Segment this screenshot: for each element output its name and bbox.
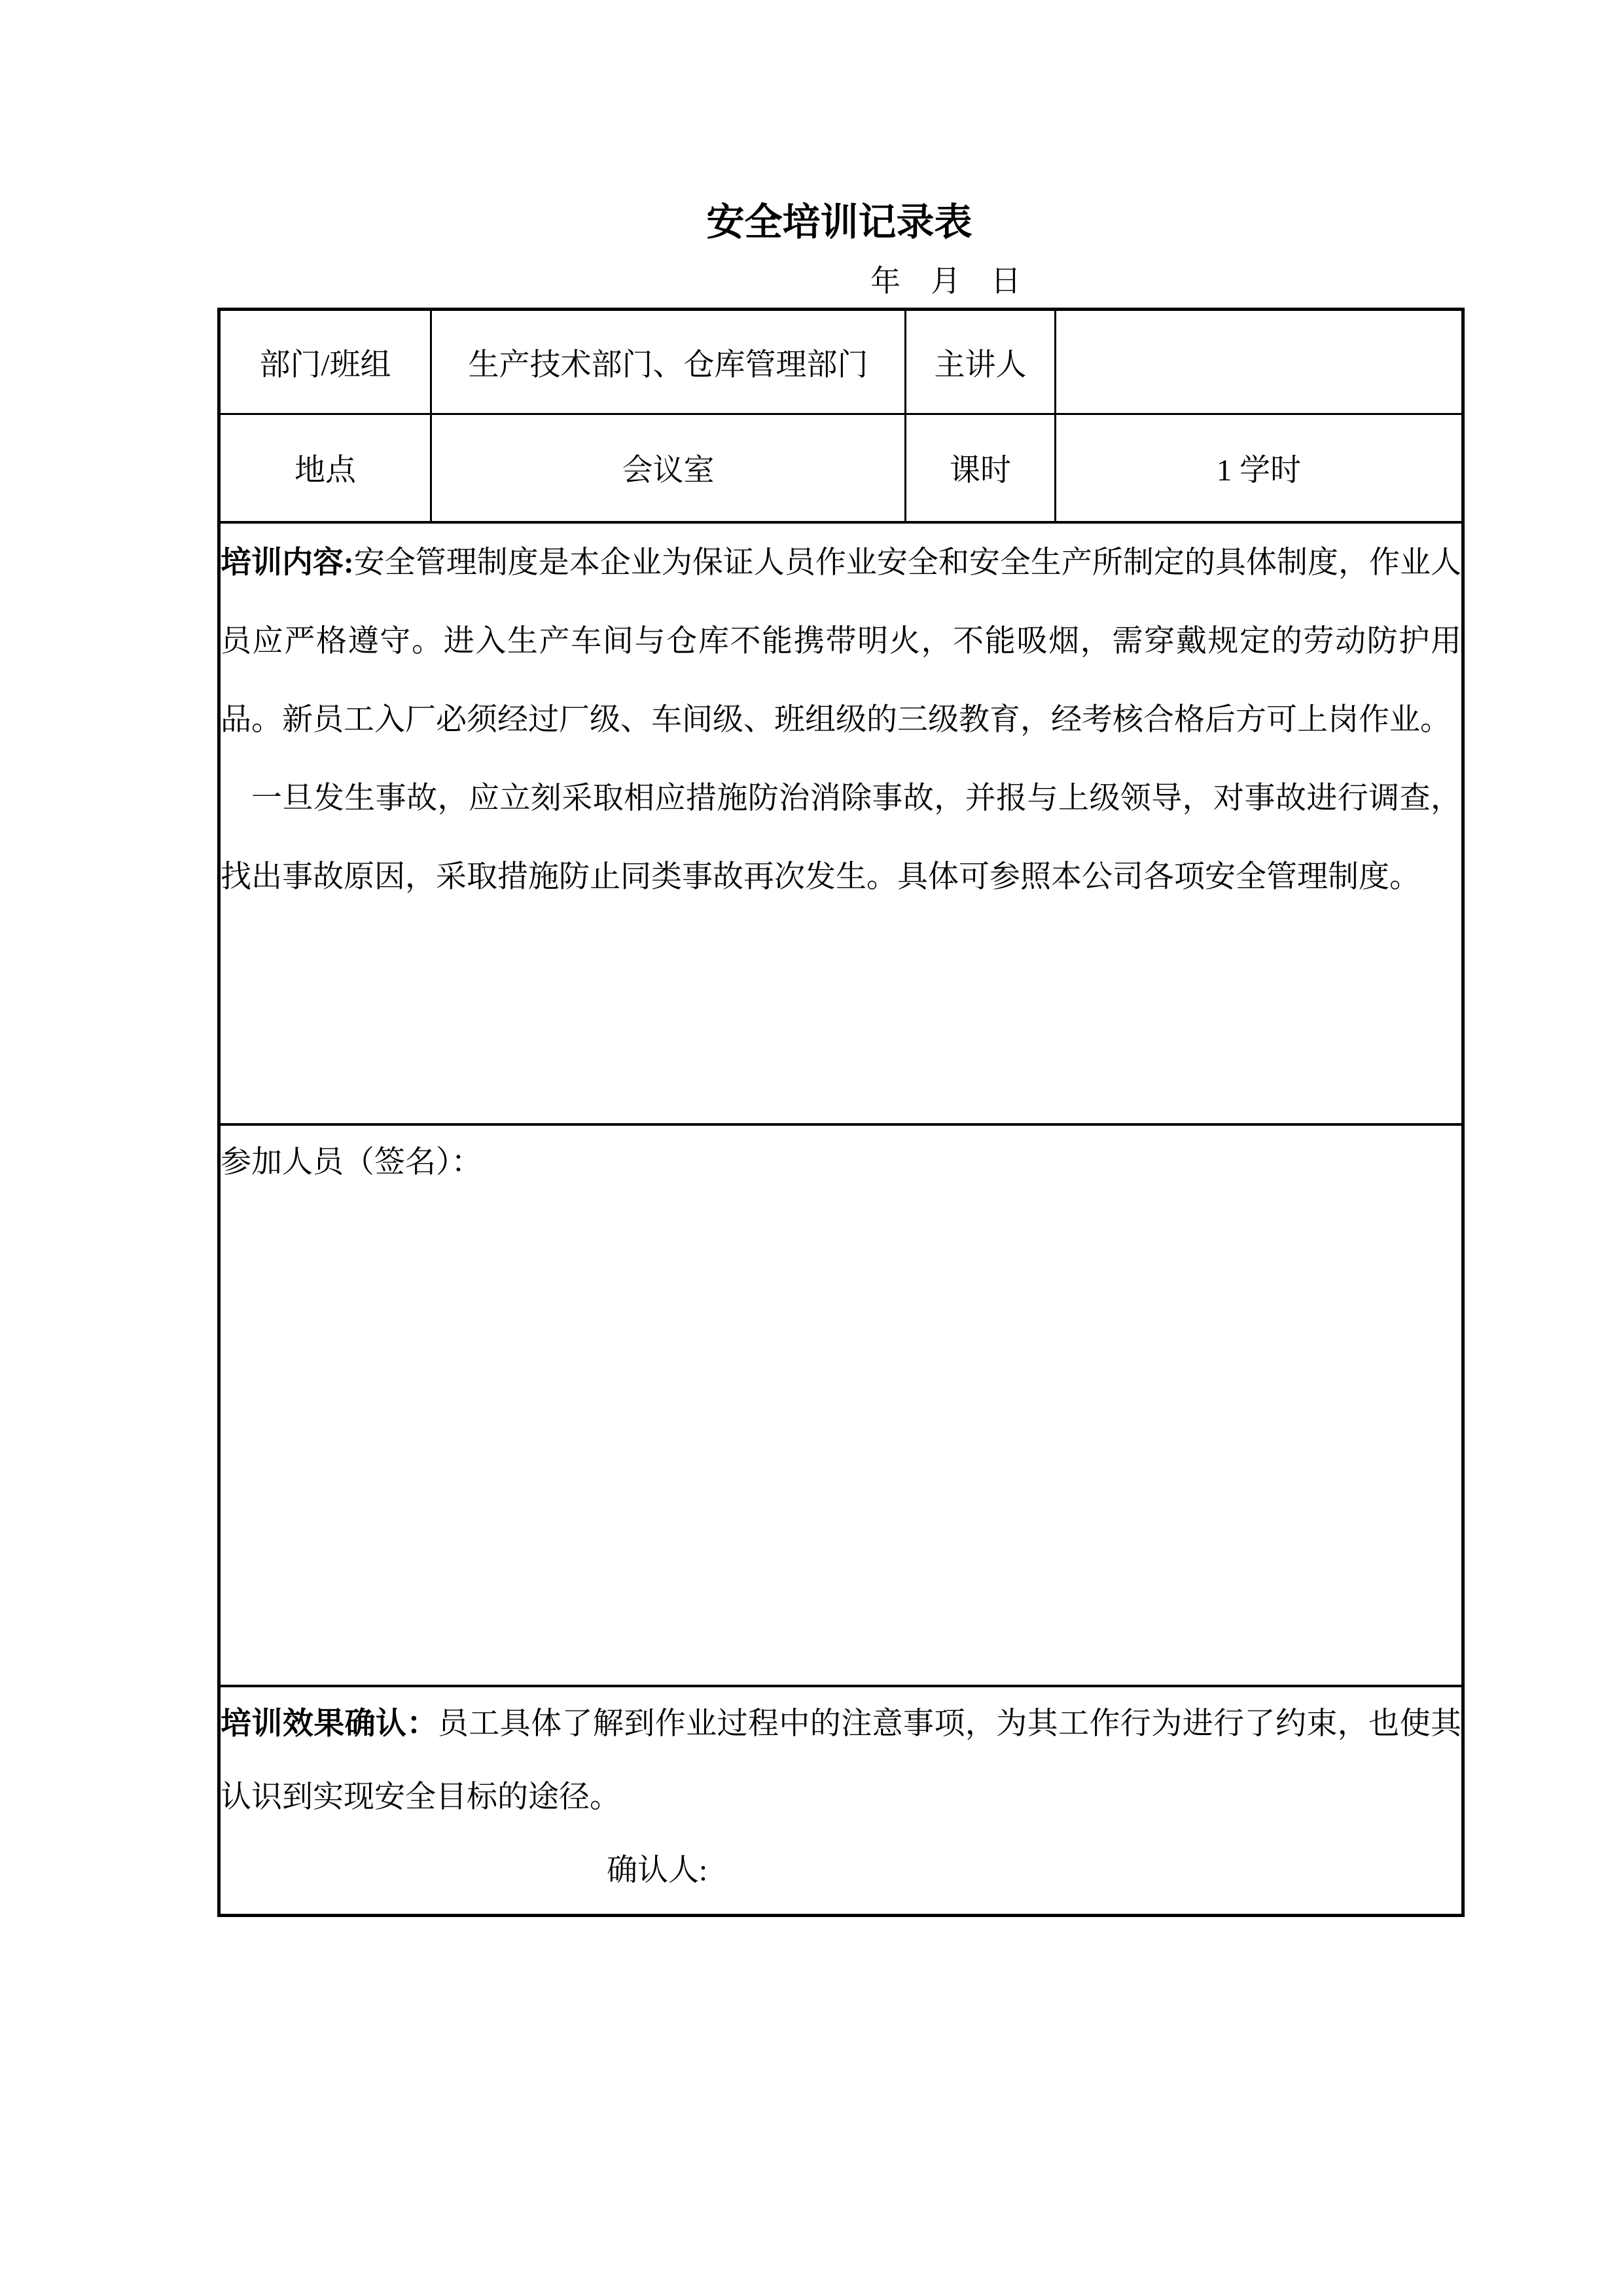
table-row-effect-confirmation: 培训效果确认：员工具体了解到作业过程中的注意事项，为其工作行为进行了约束，也使其… <box>219 1686 1463 1916</box>
table-row-department: 部门/班组 生产技术部门、仓库管理部门 主讲人 <box>219 310 1463 414</box>
table-row-training-content: 培训内容:安全管理制度是本企业为保证人员作业安全和安全生产所制定的具体制度，作业… <box>219 522 1463 1124</box>
participants-cell: 参加人员（签名）： <box>219 1124 1463 1686</box>
training-content-paragraph-1: 培训内容:安全管理制度是本企业为保证人员作业安全和安全生产所制定的具体制度，作业… <box>221 524 1461 759</box>
training-content-cell: 培训内容:安全管理制度是本企业为保证人员作业安全和安全生产所制定的具体制度，作业… <box>219 522 1463 1124</box>
table-row-participants: 参加人员（签名）： <box>219 1124 1463 1686</box>
date-line: 年 月 日 <box>870 263 1021 300</box>
document-page: 安全培训记录表 年 月 日 部门/班组 生产技术部门、仓库管理部门 主讲人 地点… <box>0 0 1623 2296</box>
location-label: 地点 <box>219 414 431 522</box>
duration-value: 1 学时 <box>1056 414 1463 522</box>
location-value: 会议室 <box>431 414 906 522</box>
training-content-text-1: 安全管理制度是本企业为保证人员作业安全和安全生产所制定的具体制度，作业人员应严格… <box>221 546 1461 737</box>
department-label: 部门/班组 <box>219 310 431 414</box>
effect-paragraph: 培训效果确认：员工具体了解到作业过程中的注意事项，为其工作行为进行了约束，也使其… <box>221 1687 1461 1834</box>
department-value: 生产技术部门、仓库管理部门 <box>431 310 906 414</box>
participants-label: 参加人员（签名）： <box>221 1126 1461 1199</box>
lecturer-label: 主讲人 <box>906 310 1056 414</box>
training-record-table: 部门/班组 生产技术部门、仓库管理部门 主讲人 地点 会议室 课时 1 学时 培… <box>217 308 1465 1917</box>
confirm-person-label: 确认人: <box>607 1834 1461 1907</box>
effect-label: 培训效果确认： <box>221 1707 438 1741</box>
duration-label: 课时 <box>906 414 1056 522</box>
training-content-paragraph-2: 一旦发生事故，应立刻采取相应措施防治消除事故，并报与上级领导，对事故进行调查，找… <box>221 759 1461 916</box>
training-content-label: 培训内容: <box>221 546 354 580</box>
effect-confirmation-cell: 培训效果确认：员工具体了解到作业过程中的注意事项，为其工作行为进行了约束，也使其… <box>219 1686 1463 1916</box>
page-title: 安全培训记录表 <box>217 196 1461 249</box>
table-row-location: 地点 会议室 课时 1 学时 <box>219 414 1463 522</box>
lecturer-value <box>1056 310 1463 414</box>
